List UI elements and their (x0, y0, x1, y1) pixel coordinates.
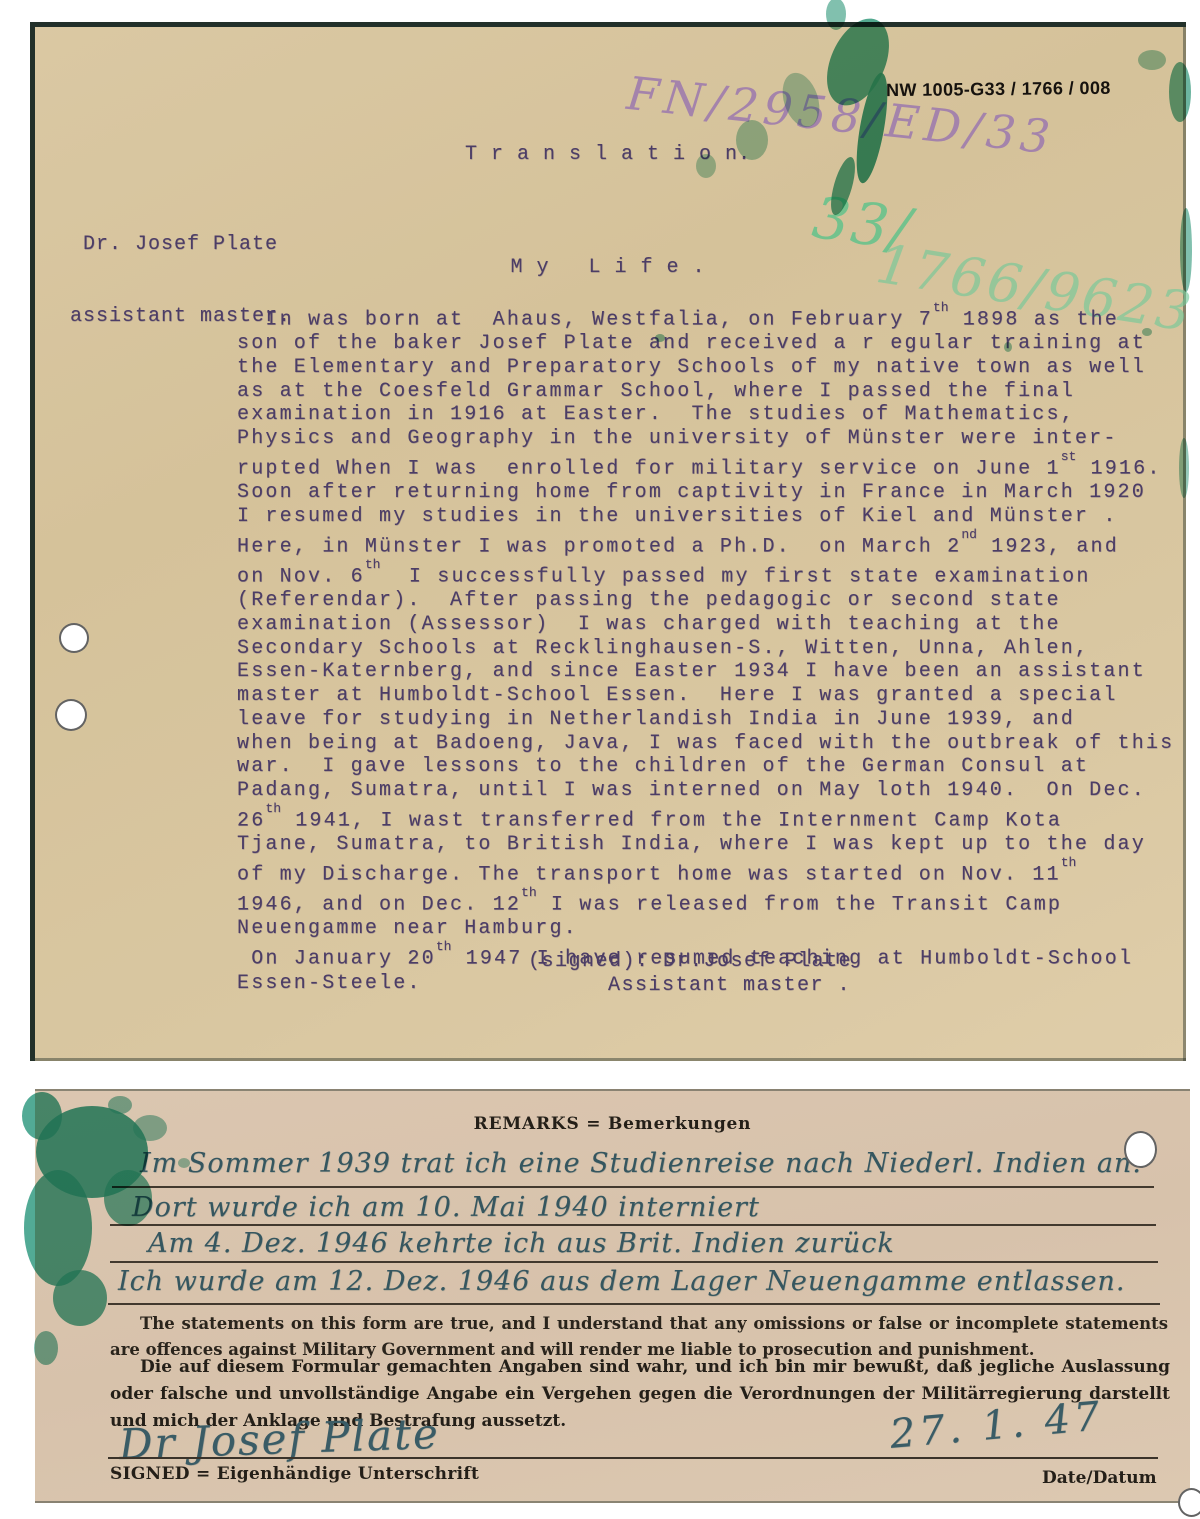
signed-label: SIGNED = Eigenhändige Unterschrift (110, 1464, 479, 1484)
typed-line: Soon after returning home from captivity… (237, 481, 1197, 505)
handwritten-remark-2: Dort wurde ich am 10. Mai 1940 internier… (132, 1192, 760, 1223)
page2-top-edge (35, 1089, 1190, 1091)
page2-bottom-edge (35, 1501, 1190, 1503)
signature-line (108, 1457, 1158, 1459)
typed-line: examination (Assessor) I was charged wit… (237, 613, 1197, 637)
handwritten-remark-3: Am 4. Dez. 1946 kehrte ich aus Brit. Ind… (148, 1228, 895, 1259)
ruled-line (112, 1186, 1154, 1188)
typed-line: 1946, and on Dec. 12th I was released fr… (237, 887, 1197, 917)
typed-line: (Referendar). After passing the pedagogi… (237, 589, 1197, 613)
signed-role-line: Assistant master . (608, 974, 851, 997)
punch-hole-partial (1178, 1488, 1200, 1517)
signed-by-line: (signed): Dr.Josef Plate (528, 950, 852, 973)
punch-hole (59, 623, 89, 653)
typed-line: Neuengamme near Hamburg. (237, 917, 1197, 941)
typed-line: Physics and Geography in the university … (237, 427, 1197, 451)
typed-line: master at Humboldt-School Essen. Here I … (237, 684, 1197, 708)
date-label: Date/Datum (1042, 1468, 1157, 1488)
author-name: Dr. Josef Plate (70, 233, 291, 257)
typed-line: on Nov. 6th I successfully passed my fir… (237, 559, 1197, 589)
page1-top-edge (30, 22, 1186, 27)
typed-line: as at the Coesfeld Grammar School, where… (237, 380, 1197, 404)
ruled-line (110, 1261, 1158, 1263)
typed-line: 26th 1941, I wast transferred from the I… (237, 803, 1197, 833)
punch-hole (55, 699, 87, 731)
typed-body: In was born at Ahaus, Westfalia, on Febr… (237, 302, 1197, 995)
typed-line: Padang, Sumatra, until I was interned on… (237, 779, 1197, 803)
scanned-document: T r a n s l a t i o n. Dr. Josef Plate a… (0, 0, 1200, 1519)
ruled-line (108, 1303, 1160, 1305)
typed-line: rupted When I was enrolled for military … (237, 451, 1197, 481)
typed-line: when being at Badoeng, Java, I was faced… (237, 732, 1197, 756)
typed-line: leave for studying in Netherlandish Indi… (237, 708, 1197, 732)
typed-line: I resumed my studies in the universities… (237, 505, 1197, 529)
handwritten-remark-1: Im Sommer 1939 trat ich eine Studienreis… (140, 1148, 1142, 1179)
remarks-heading: REMARKS = Bemerkungen (35, 1114, 1190, 1134)
my-life-heading: M y L i f e . (30, 256, 1186, 279)
typed-line: Here, in Münster I was promoted a Ph.D. … (237, 529, 1197, 559)
typed-line: examination in 1916 at Easter. The studi… (237, 403, 1197, 427)
typed-line: Secondary Schools at Recklinghausen-S., … (237, 637, 1197, 661)
punch-hole (1124, 1131, 1157, 1168)
typed-line: the Elementary and Preparatory Schools o… (237, 356, 1197, 380)
typed-line: Essen-Katernberg, and since Easter 1934 … (237, 660, 1197, 684)
handwritten-remark-4: Ich wurde am 12. Dez. 1946 aus dem Lager… (118, 1266, 1125, 1297)
typed-line: Tjane, Sumatra, to British India, where … (237, 833, 1197, 857)
typed-line: of my Discharge. The transport home was … (237, 857, 1197, 887)
typed-line: son of the baker Josef Plate and receive… (237, 332, 1197, 356)
page1-bottom-edge (30, 1058, 1186, 1061)
typed-line: war. I gave lessons to the children of t… (237, 755, 1197, 779)
typed-line: In was born at Ahaus, Westfalia, on Febr… (237, 302, 1197, 332)
ruled-line (110, 1224, 1156, 1226)
page1-left-edge (30, 22, 35, 1061)
